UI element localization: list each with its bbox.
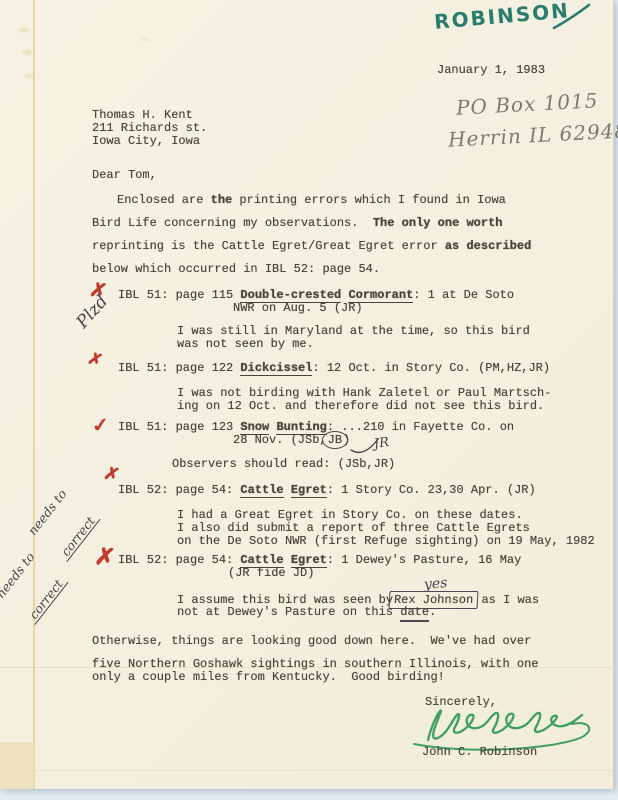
response-line: I was still in Maryland at the time, so … [177, 324, 530, 338]
intro-line-2: Bird Life concerning my observations. Th… [92, 216, 502, 230]
entry-ref: IBL 52: page 54: [118, 553, 240, 567]
closing-line: five Northern Goshawk sightings in south… [92, 657, 538, 671]
intro-text: Enclosed are [117, 193, 211, 207]
vertical-fold-crease [33, 0, 35, 789]
margin-note-text: correct [24, 574, 68, 625]
paper-smudge [23, 72, 36, 80]
entry-ref: IBL 51: page 115 [118, 288, 240, 302]
recipient-line: 211 Richards st. [92, 121, 207, 135]
entry-ref: IBL 51: page 123 [118, 420, 240, 434]
letter-paper: ROBINSON January 1, 1983 PO Box 1015 Her… [0, 0, 614, 789]
entry-detail: : 12 Oct. in Story Co. (PM,HZ,JR) [312, 361, 550, 375]
marker-swoosh-stroke [552, 2, 592, 30]
margin-note-text: needs to [0, 550, 37, 600]
response-line: was not seen by me. [177, 337, 314, 351]
handwritten-name-header: ROBINSON [433, 0, 571, 34]
closing-line: only a couple miles from Kentucky. Good … [92, 670, 445, 684]
horizontal-fold-crease [0, 770, 613, 771]
intro-line-4: below which occurred in IBL 52: page 54. [92, 262, 380, 276]
response-line: ing on 12 Oct. and therefore did not see… [177, 399, 544, 413]
response-line: I also did submit a report of three Catt… [177, 521, 530, 535]
response-line: I had a Great Egret in Story Co. on thes… [177, 508, 523, 522]
intro-line-3: reprinting is the Cattle Egret/Great Egr… [92, 239, 531, 253]
intro-line-1: Enclosed are the printing errors which I… [117, 193, 506, 207]
entry-ref: IBL 51: page 122 [118, 361, 240, 375]
response-text: as I was [474, 593, 539, 607]
intro-text-bold: the [211, 193, 233, 207]
entry-detail: : 1 Dewey's Pasture, 16 May [327, 553, 521, 567]
margin-note-text: correct [56, 511, 100, 562]
species-name: Dickcissel [240, 361, 312, 376]
recipient-line: Thomas H. Kent [92, 108, 193, 122]
intro-text-bold: as described [445, 239, 531, 253]
entry-line: IBL 51: page 115 Double-crested Cormoran… [118, 288, 514, 302]
entry-line-cont: NWR on Aug. 5 (JR) [233, 301, 363, 315]
entry-line: IBL 51: page 123 Snow Bunting: ...210 in… [118, 420, 514, 434]
scanned-letter-page: ROBINSON January 1, 1983 PO Box 1015 Her… [0, 0, 618, 800]
intro-text: Bird Life concerning my observations. [92, 216, 373, 230]
recipient-line: Iowa City, Iowa [92, 134, 200, 148]
response-line: I was not birding with Hank Zaletel or P… [177, 386, 551, 400]
entry-ref: IBL 52: page 54: [118, 483, 240, 497]
entry-line: IBL 51: page 122 Dickcissel: 12 Oct. in … [118, 361, 550, 375]
entry-detail: : 1 at De Soto [413, 288, 514, 302]
paper-smudge [16, 26, 32, 34]
response-text: not at Dewey's Pasture on this [177, 605, 400, 619]
entry-detail: : 1 Story Co. 23,30 Apr. (JR) [327, 483, 536, 497]
paper-stain [0, 742, 34, 789]
response-line: Observers should read: (JSb,JR) [172, 457, 395, 471]
paper-smudge [138, 36, 153, 43]
entry-line: IBL 52: page 54: Cattle Egret: 1 Story C… [118, 483, 536, 497]
entry-line-cont: 28 Nov. (JSb,JB) [233, 433, 350, 447]
date-line: January 1, 1983 [437, 63, 545, 77]
intro-text-bold: The only one worth [373, 216, 503, 230]
pen-underlined-word: date [400, 605, 429, 622]
red-check-mark-icon: ✓ [90, 414, 111, 437]
paper-smudge [19, 48, 36, 57]
response-line: not at Dewey's Pasture on this date. [177, 605, 436, 619]
margin-note-text: needs to [25, 487, 68, 537]
species-name: Cattle [240, 483, 283, 498]
intro-text: reprinting is the Cattle Egret/Great Egr… [92, 239, 445, 253]
signature-typed-name: John C. Robinson [422, 745, 537, 759]
pencil-address-line: PO Box 1015 [455, 88, 599, 119]
entry-detail: 28 Nov. (JSb, [233, 433, 327, 447]
red-cross-mark-icon: ✗ [85, 348, 105, 371]
pen-observer-correction: JR [373, 435, 390, 452]
entry-detail: : ...210 in Fayette Co. on [327, 420, 514, 434]
response-line: on the De Soto NWR (first Refuge sightin… [177, 534, 595, 548]
entry-line: IBL 52: page 54: Cattle Egret: 1 Dewey's… [118, 553, 521, 567]
pencil-address-line: Herrin IL 62948 [447, 118, 618, 151]
closing-line: Otherwise, things are looking good down … [92, 634, 531, 648]
response-text: . [429, 605, 436, 619]
salutation: Dear Tom, [92, 168, 157, 182]
entry-line-cont: (JR fide JD) [228, 566, 314, 580]
species-name: Egret [291, 483, 327, 498]
pen-margin-note: Plzd [73, 292, 112, 333]
intro-text: printing errors which I found in Iowa [232, 193, 506, 207]
